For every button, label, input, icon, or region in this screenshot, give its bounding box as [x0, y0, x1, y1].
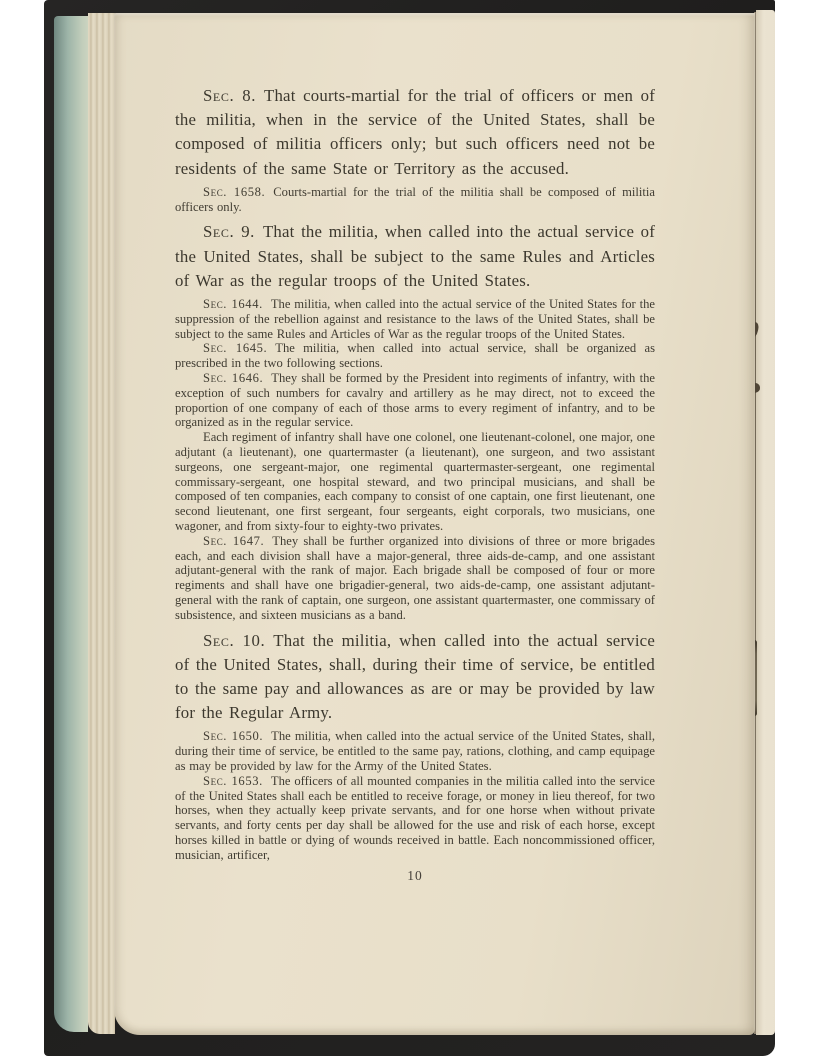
- revised-statutes-paragraph: Sec. 1645.The militia, when called into …: [175, 341, 655, 371]
- section-label: Sec. 1644.: [203, 297, 263, 311]
- revised-statutes-paragraph: Sec. 1653.The officers of all mounted co…: [175, 774, 655, 863]
- revised-statutes-paragraph: Sec. 1647.They shall be further organize…: [175, 534, 655, 623]
- section-label: Sec. 1658.: [203, 185, 265, 199]
- revised-statutes-paragraph: Sec. 1646.They shall be formed by the Pr…: [175, 371, 655, 430]
- section-label: Sec. 1653.: [203, 774, 263, 788]
- section-text: Each regiment of infantry shall have one…: [175, 430, 655, 533]
- section-label: Sec. 9.: [203, 222, 255, 241]
- revised-statutes-paragraph: Sec. 1644.The militia, when called into …: [175, 297, 655, 341]
- revised-statutes-paragraph: Sec. 1650.The militia, when called into …: [175, 729, 655, 773]
- facing-page-edge: [756, 10, 775, 1035]
- section-label: Sec. 1647.: [203, 534, 264, 548]
- section-label: Sec. 1650.: [203, 729, 263, 743]
- revised-statutes-paragraph: Each regiment of infantry shall have one…: [175, 430, 655, 534]
- book-cover-edge: [54, 16, 88, 1032]
- revised-statutes-paragraph: Sec. 1658.Courts-martial for the trial o…: [175, 185, 655, 215]
- page-edge-stack: [88, 13, 115, 1034]
- section-label: Sec. 1646.: [203, 371, 263, 385]
- page-number: 10: [175, 868, 655, 884]
- section-label: Sec. 1645.: [203, 341, 267, 355]
- act-section-paragraph: Sec. 9.That the militia, when called int…: [175, 220, 655, 293]
- act-section-paragraph: Sec. 10.That the militia, when called in…: [175, 629, 655, 726]
- text-column: Sec. 8.That courts-martial for the trial…: [175, 84, 655, 884]
- book-page: Sec. 8.That courts-martial for the trial…: [114, 13, 755, 1035]
- section-label: Sec. 10.: [203, 631, 265, 650]
- section-label: Sec. 8.: [203, 86, 256, 105]
- act-section-paragraph: Sec. 8.That courts-martial for the trial…: [175, 84, 655, 181]
